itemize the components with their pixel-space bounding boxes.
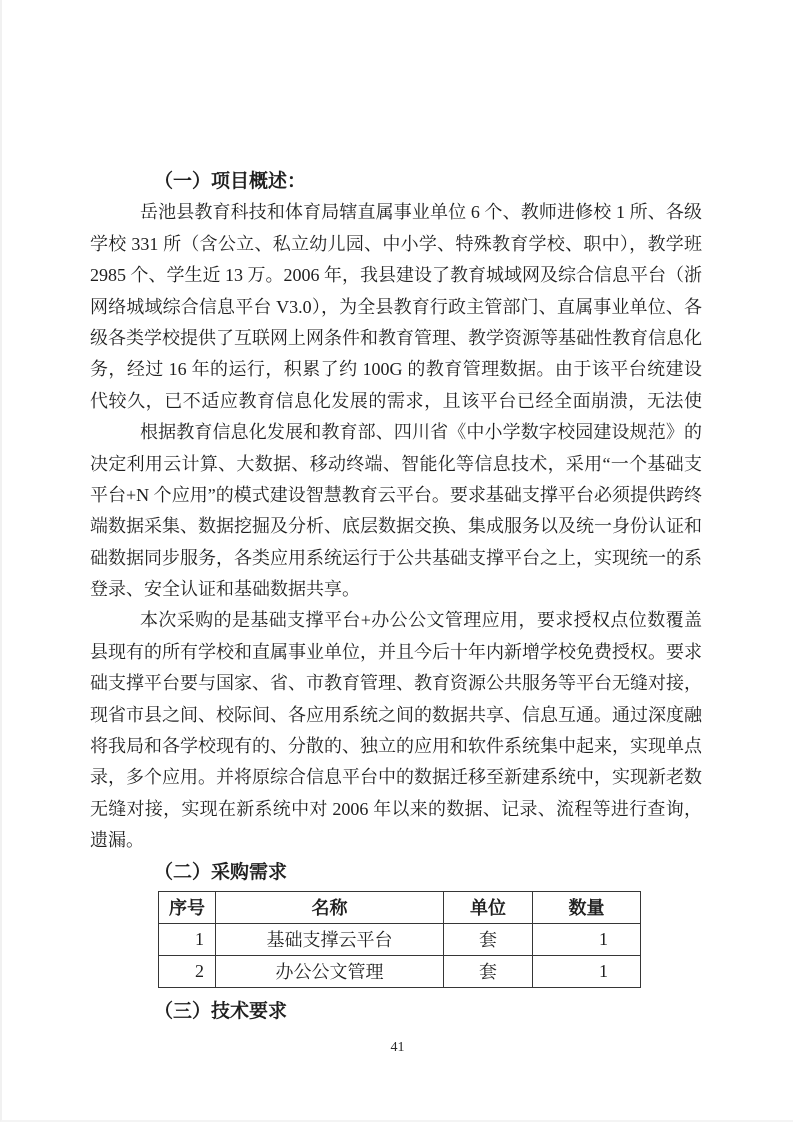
paragraph-line: 础支撑平台要与国家、省、市教育管理、教育资源公共服务等平台无缝对接，实 xyxy=(90,668,702,699)
paragraph-line: 县现有的所有学校和直属事业单位，并且今后十年内新增学校免费授权。要求基 xyxy=(90,637,702,668)
table-cell-unit: 套 xyxy=(444,923,533,955)
table-header-unit: 单位 xyxy=(444,891,533,923)
table-cell-unit: 套 xyxy=(444,955,533,987)
table-header-seq: 序号 xyxy=(159,891,216,923)
table-cell-seq: 1 xyxy=(159,923,216,955)
paragraph-line: 录，多个应用。并将原综合信息平台中的数据迁移至新建系统中，实现新老数据 xyxy=(90,762,702,793)
document-page: （一）项目概述： 岳池县教育科技和体育局辖直属事业单位 6 个、教师进修校 1 … xyxy=(0,0,793,1122)
paragraph-line: 平台+N 个应用”的模式建设智慧教育云平台。要求基础支撑平台必须提供跨终 xyxy=(90,480,702,511)
paragraph-line: 根据教育信息化发展和教育部、四川省《中小学数字校园建设规范》的要求， xyxy=(90,417,702,448)
section-heading-technical: （三）技术要求 xyxy=(90,996,702,1027)
paragraph-line: 2985 个、学生近 13 万。2006 年，我县建设了教育城域网及综合信息平台… xyxy=(90,260,702,291)
section-heading-procurement: （二）采购需求 xyxy=(90,857,702,888)
section-heading-overview: （一）项目概述： xyxy=(90,166,702,197)
table-header-row: 序号 名称 单位 数量 xyxy=(159,891,641,923)
page-number: 41 xyxy=(2,1040,793,1056)
paragraph-line: 登录、安全认证和基础数据共享。 xyxy=(90,574,702,605)
paragraph-line: 务，经过 16 年的运行，积累了约 100G 的教育管理数据。由于该平台统建设年 xyxy=(90,354,702,385)
paragraph-line: 端数据采集、数据挖掘及分析、底层数据交换、集成服务以及统一身份认证和基 xyxy=(90,511,702,542)
paragraph-line: 岳池县教育科技和体育局辖直属事业单位 6 个、教师进修校 1 所、各级各类 xyxy=(90,197,702,228)
table-row: 1 基础支撑云平台 套 1 xyxy=(159,923,641,955)
table-cell-seq: 2 xyxy=(159,955,216,987)
paragraph-line: 无缝对接，实现在新系统中对 2006 年以来的数据、记录、流程等进行查询，无 xyxy=(90,794,702,825)
paragraph-line: 网络城域综合信息平台 V3.0），为全县教育行政主管部门、直属事业单位、各 xyxy=(90,292,702,323)
paragraph-line: 学校 331 所（含公立、私立幼儿园、中小学、特殊教育学校、职中），教学班 xyxy=(90,229,702,260)
procurement-requirements-table: 序号 名称 单位 数量 1 基础支撑云平台 套 1 2 办公公文管理 套 1 xyxy=(158,891,641,988)
table-header-quantity: 数量 xyxy=(533,891,641,923)
table-cell-quantity: 1 xyxy=(533,923,641,955)
paragraph-line: 础数据同步服务，各类应用系统运行于公共基础支撑平台之上，实现统一的系统 xyxy=(90,543,702,574)
table-cell-name: 办公公文管理 xyxy=(216,955,444,987)
paragraph-line: 将我局和各学校现有的、分散的、独立的应用和软件系统集中起来，实现单点登 xyxy=(90,731,702,762)
table-cell-quantity: 1 xyxy=(533,955,641,987)
table-row: 2 办公公文管理 套 1 xyxy=(159,955,641,987)
table-header-name: 名称 xyxy=(216,891,444,923)
table-cell-name: 基础支撑云平台 xyxy=(216,923,444,955)
paragraph-line: 决定利用云计算、大数据、移动终端、智能化等信息技术，采用“一个基础支撑 xyxy=(90,449,702,480)
paragraph-line: 现省市县之间、校际间、各应用系统之间的数据共享、信息互通。通过深度融合， xyxy=(90,700,702,731)
paragraph-line: 遗漏。 xyxy=(90,825,702,856)
paragraph-line: 本次采购的是基础支撑平台+办公公文管理应用，要求授权点位数覆盖岳池 xyxy=(90,605,702,636)
paragraph-line: 代较久，已不适应教育信息化发展的需求，且该平台已经全面崩溃，无法使用。 xyxy=(90,386,702,417)
document-body: （一）项目概述： 岳池县教育科技和体育局辖直属事业单位 6 个、教师进修校 1 … xyxy=(90,166,702,1027)
paragraph-line: 级各类学校提供了互联网上网条件和教育管理、教学资源等基础性教育信息化服 xyxy=(90,323,702,354)
